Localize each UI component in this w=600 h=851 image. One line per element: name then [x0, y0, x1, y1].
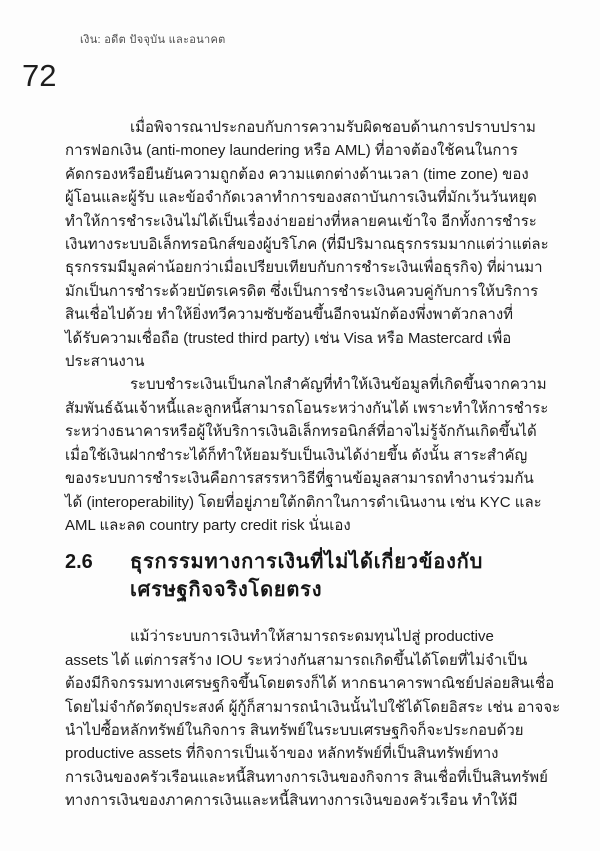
text-line: ได้รับความเชื่อถือ (trusted third party)… — [65, 327, 547, 350]
section-heading: 2.6 ธุรกรรมทางการเงินที่ไม่ได้เกี่ยวข้อง… — [65, 548, 547, 604]
page-number: 72 — [22, 58, 56, 94]
paragraph-1: เมื่อพิจารณาประกอบกับการความรับผิดชอบด้า… — [65, 116, 547, 373]
text-line: ทำให้การชำระเงินไม่ได้เป็นเรื่องง่ายอย่า… — [65, 210, 547, 233]
paragraph-2: ระบบชำระเงินเป็นกลไกสำคัญที่ทำให้เงินข้อ… — [65, 373, 547, 537]
text-line: แม้ว่าระบบการเงินทำให้สามารถระดมทุนไปสู่… — [65, 625, 547, 648]
text-line: assets ได้ แต่การสร้าง IOU ระหว่างกันสาม… — [65, 649, 547, 672]
text-line: มักเป็นการชำระด้วยบัตรเครดิต ซึ่งเป็นการ… — [65, 280, 547, 303]
section-title-line-2: เศรษฐกิจจริงโดยตรง — [130, 576, 483, 604]
text-line: การเงินของครัวเรือนและหนี้สินทางการเงินข… — [65, 766, 547, 789]
section-title: ธุรกรรมทางการเงินที่ไม่ได้เกี่ยวข้องกับ … — [130, 548, 483, 604]
text-line: ผู้โอนและผู้รับ และข้อจำกัดเวลาทำการของส… — [65, 186, 547, 209]
section-title-line-1: ธุรกรรมทางการเงินที่ไม่ได้เกี่ยวข้องกับ — [130, 548, 483, 576]
book-page: เงิน: อดีต ปัจจุบัน และอนาคต 72 เมื่อพิจ… — [0, 0, 600, 851]
text-line: นำไปซื้อหลักทรัพย์ในกิจการ สินทรัพย์ในระ… — [65, 719, 547, 742]
text-line: โดยไม่จำกัดวัตถุประสงค์ ผู้กู้ก็สามารถนำ… — [65, 696, 547, 719]
text-line: ประสานงาน — [65, 350, 547, 373]
page-content: เมื่อพิจารณาประกอบกับการความรับผิดชอบด้า… — [65, 116, 547, 813]
running-head: เงิน: อดีต ปัจจุบัน และอนาคต — [80, 30, 226, 48]
text-line: AML และลด country party credit risk นั่น… — [65, 514, 547, 537]
text-line: สัมพันธ์ฉันเจ้าหนี้และลูกหนี้สามารถโอนระ… — [65, 397, 547, 420]
paragraph-3: แม้ว่าระบบการเงินทำให้สามารถระดมทุนไปสู่… — [65, 625, 547, 812]
text-line: ธุรกรรมมีมูลค่าน้อยกว่าเมื่อเปรียบเทียบก… — [65, 256, 547, 279]
text-line: เมื่อพิจารณาประกอบกับการความรับผิดชอบด้า… — [65, 116, 547, 139]
text-line: สินเชื่อไปด้วย ทำให้ยิ่งทวีความซับซ้อนขึ… — [65, 303, 547, 326]
text-line: เงินทางระบบอิเล็กทรอนิกส์ของผู้บริโภค (ท… — [65, 233, 547, 256]
text-line: ได้ (interoperability) โดยที่อยู่ภายใต้ก… — [65, 491, 547, 514]
text-line: ต้องมีกิจกรรมทางเศรษฐกิจขึ้นโดยตรงก็ได้ … — [65, 672, 547, 695]
text-line: ทางการเงินของภาคการเงินและหนี้สินทางการเ… — [65, 789, 547, 812]
text-line: เมื่อใช้เงินฝากชำระได้ก็ทำให้ยอมรับเป็นเ… — [65, 444, 547, 467]
text-line: การฟอกเงิน (anti-money laundering หรือ A… — [65, 139, 547, 162]
text-line: productive assets ที่กิจการเป็นเจ้าของ ห… — [65, 742, 547, 765]
text-line: ระหว่างธนาคารหรือผู้ให้บริการเงินอิเล็กท… — [65, 420, 547, 443]
text-line: คัดกรองหรือยืนยันความถูกต้อง ความแตกต่าง… — [65, 163, 547, 186]
text-line: ระบบชำระเงินเป็นกลไกสำคัญที่ทำให้เงินข้อ… — [65, 373, 547, 396]
text-line: ของระบบการชำระเงินคือการสรรหาวิธีที่ฐานข… — [65, 467, 547, 490]
section-number: 2.6 — [65, 548, 130, 604]
